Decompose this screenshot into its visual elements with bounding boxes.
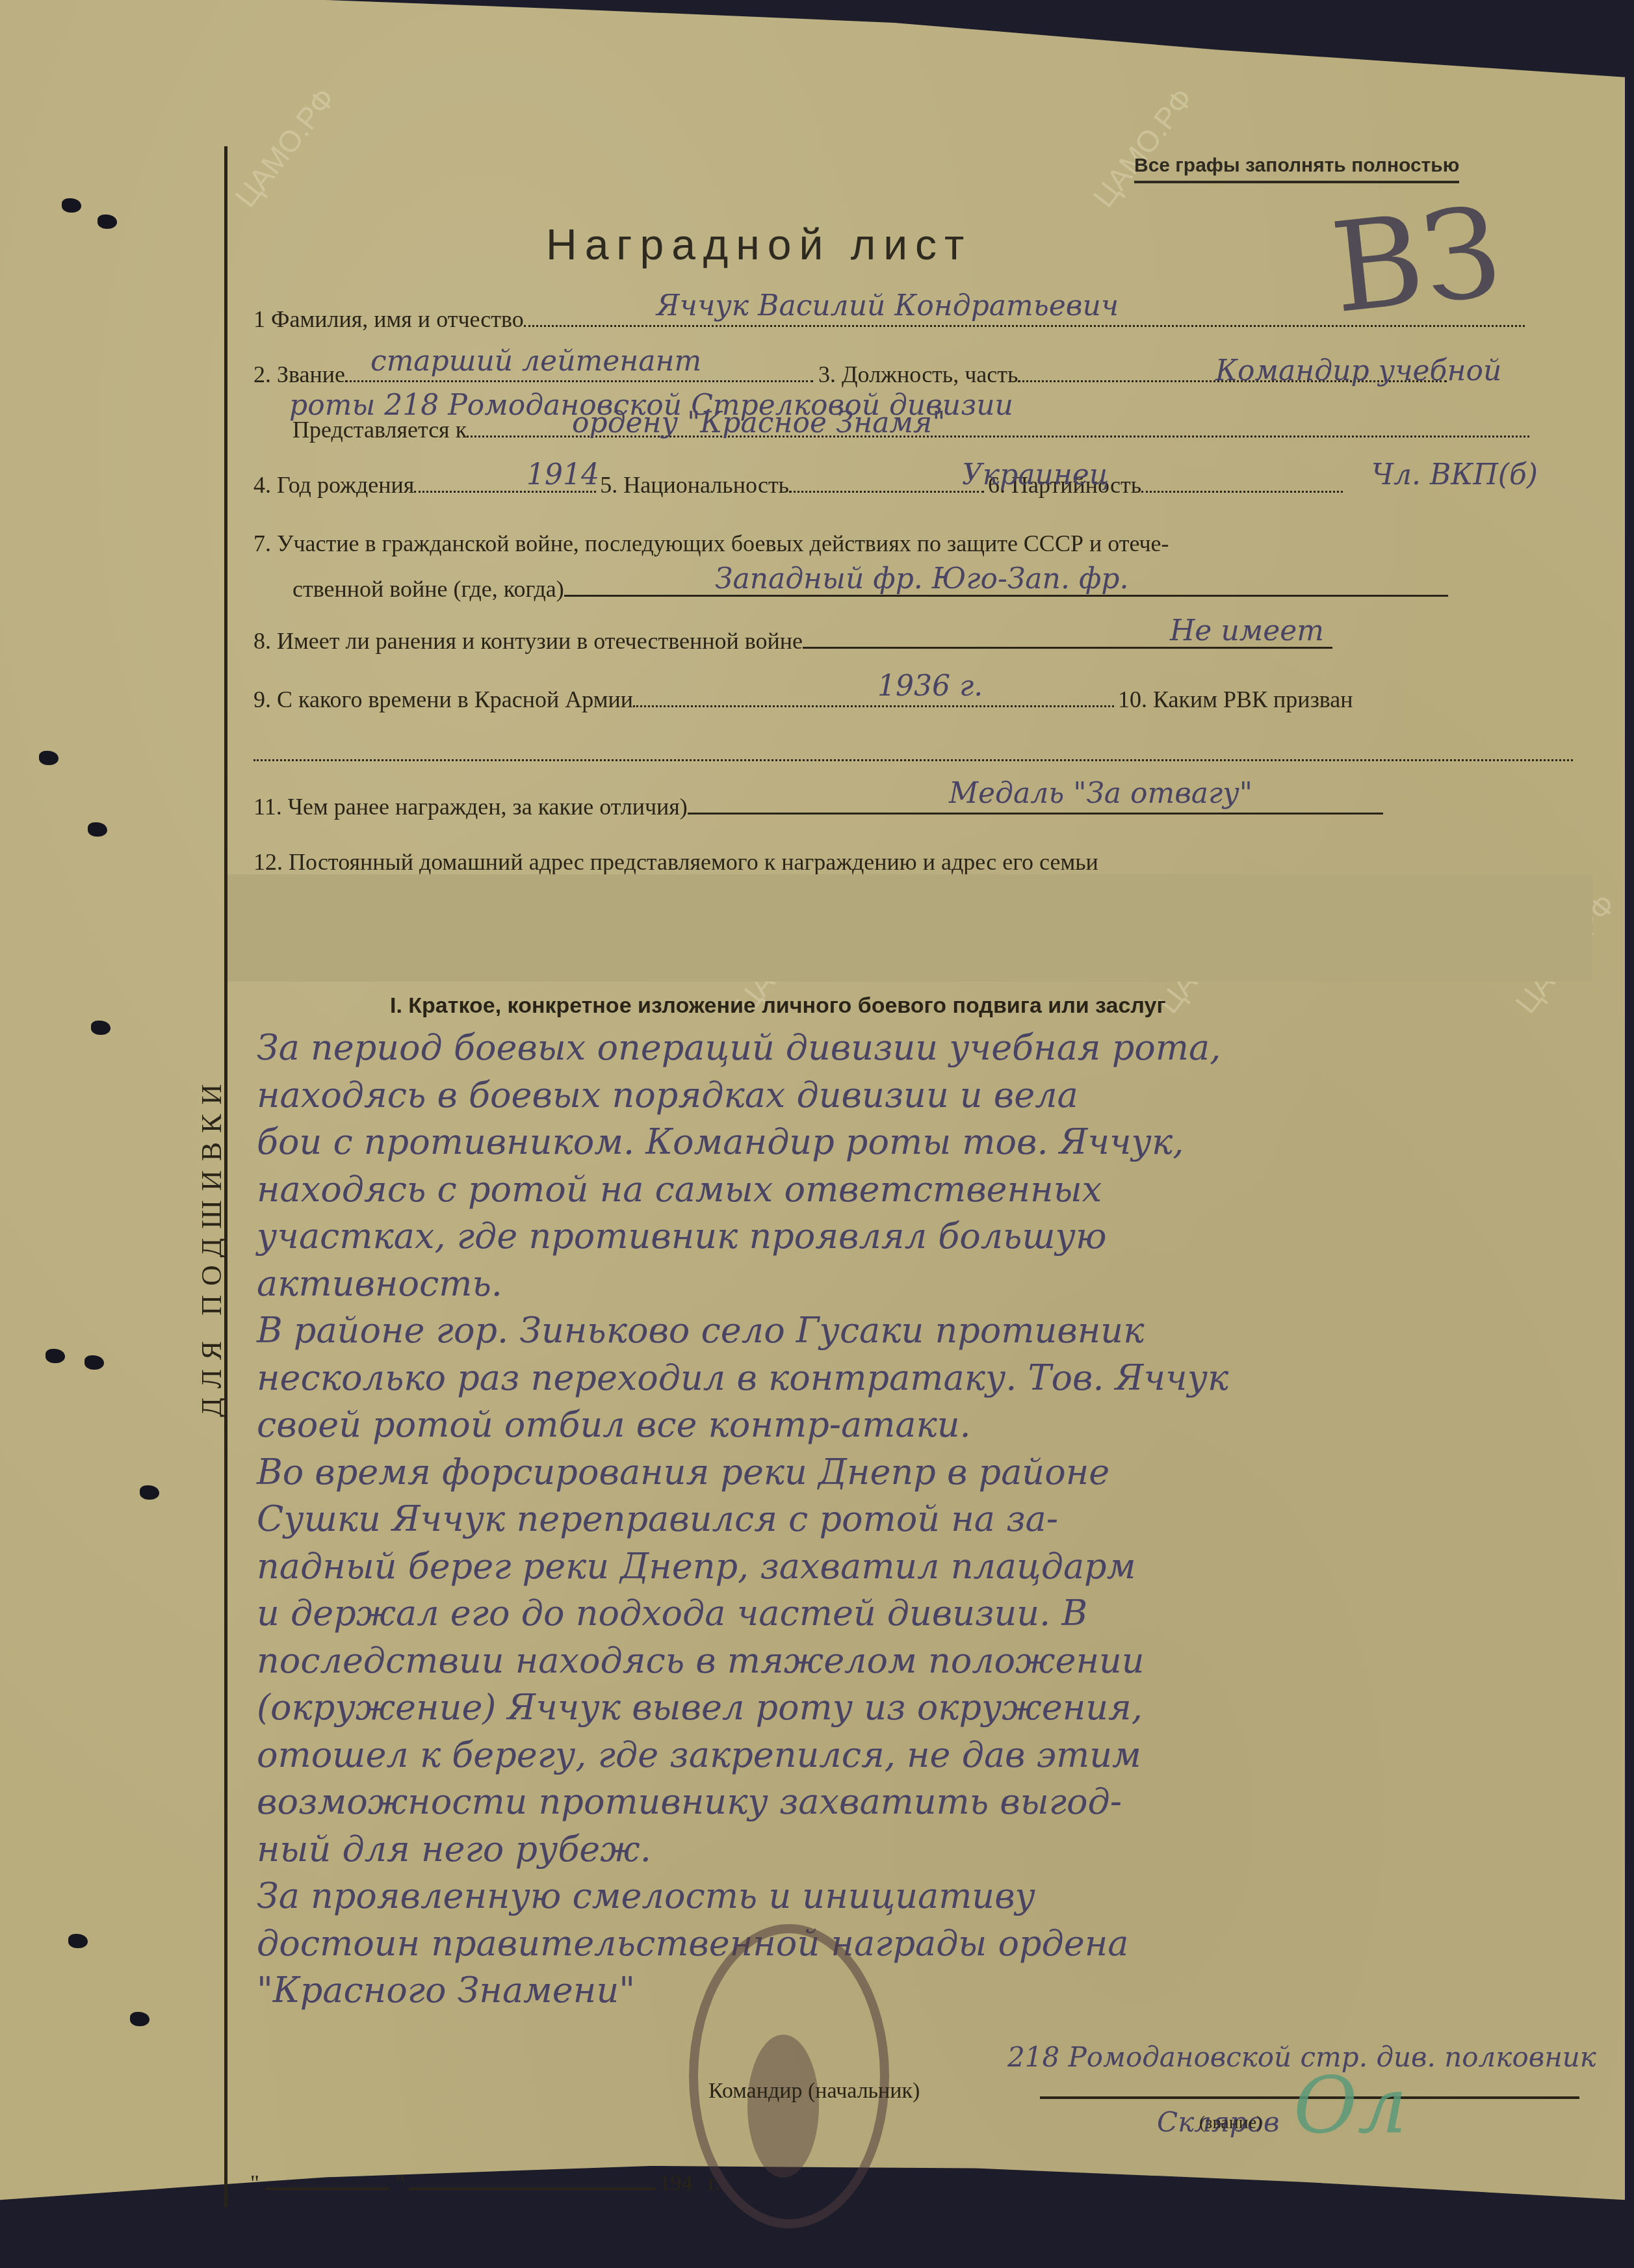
narrative-line: отошел к берегу, где закрепился, не дав … [257,1734,1141,1775]
signature: Ол [1293,2061,1407,2151]
field-value-award: ордену "Красное Знамя" [572,406,945,439]
field-rvk-line [253,759,1573,761]
field-value-birth-year: 1914 [526,458,599,491]
narrative-line: Сушки Яччук переправился с ротой на за- [257,1498,1058,1539]
field-value-position: Командир учебной [1215,354,1501,387]
document-title: Наградной лист [546,220,972,269]
field-label: 4. Год рождения [253,471,414,499]
narrative-line: (окружение) Яччук вывел роту из окружени… [257,1687,1143,1728]
date-field: " " 194 г. [250,2171,720,2196]
field-home-address: 12. Постоянный домашний адрес представля… [253,848,1098,876]
field-label: 1 Фамилия, имя и отчество [253,306,524,333]
narrative-line: находясь с ротой на самых ответственных [257,1169,1102,1210]
punch-hole [91,1021,110,1035]
field-value-party: Чл. ВКП(б) [1371,458,1538,491]
narrative-line: "Красного Знамени" [257,1970,635,2011]
narrative-line: активность. [257,1263,502,1304]
field-value-wounds: Не имеет [1170,614,1324,647]
field-army-since: 9. С какого времени в Красной Армии 10. … [253,686,1353,713]
punch-hole [45,1349,65,1363]
narrative-line: падный берег реки Днепр, захватил плацда… [257,1546,1135,1587]
narrative-line: бои с противником. Командир роты тов. Яч… [257,1121,1184,1162]
field-value-army-since: 1936 г. [877,670,983,703]
field-label: Представляется к [292,416,467,443]
official-seal-center [747,2035,819,2178]
field-label: 3. Должность, часть [818,361,1018,388]
field-label: 12. Постоянный домашний адрес представля… [253,848,1098,876]
punch-hole [62,198,81,213]
punch-hole [130,2012,149,2026]
field-label: 11. Чем ранее награжден, за какие отличи… [253,793,688,820]
narrative-line: и держал его до подхода частей дивизии. … [257,1593,1087,1634]
commander-label: Командир (начальник) [708,2079,920,2104]
narrative-line: Во время форсирования реки Днепр в район… [257,1452,1109,1492]
punch-hole [84,1355,104,1370]
narrative-line: находясь в боевых порядках дивизии и вел… [257,1075,1078,1115]
field-label: ственной войне (где, когда) [292,575,564,603]
narrative-line: За период боевых операций дивизии учебна… [257,1027,1221,1068]
field-label: 8. Имеет ли ранения и контузии в отечест… [253,627,803,655]
punch-hole [97,215,117,229]
field-label: 2. Звание [253,361,345,388]
section-heading: I. Краткое, конкретное изложение личного… [390,993,1166,1019]
narrative-line: За проявленную смелость и инициативу [257,1875,1035,1916]
narrative-line: своей ротой отбил все контр-атаки. [257,1404,971,1445]
punch-hole [140,1485,159,1500]
field-value-nationality: Украинец [962,458,1109,491]
field-label: 9. С какого времени в Красной Армии [253,686,633,713]
punch-hole [68,1934,88,1948]
narrative-line: участках, где противник проявлял большую [257,1216,1106,1257]
narrative-line: В районе гор. Зиньково село Гусаки проти… [257,1310,1144,1351]
field-label: 10. Каким РВК призван [1118,686,1353,713]
narrative-line: ный для него рубеж. [257,1829,651,1870]
field-label: 7. Участие в гражданской войне, последую… [253,530,1169,557]
narrative-line: возможности противнику захватить выгод- [257,1781,1122,1822]
header-instruction: Все графы заполнять полностью [1134,155,1459,183]
field-value-rank: старший лейтенант [370,345,701,378]
field-value-war-participation: Западный фр. Юго-Зап. фр. [715,562,1128,595]
punch-hole [88,822,107,837]
narrative-line: достоин правительственной награды ордена [257,1923,1129,1964]
narrative-line: несколько раз переходил в контратаку. То… [257,1357,1228,1398]
field-label: 5. Национальность [600,471,789,499]
rank-label: (звание) [1199,2113,1262,2133]
date-year: 194 [660,2171,693,2196]
date-suffix: г. [708,2171,721,2196]
field-value-previous-awards: Медаль "За отвагу" [949,777,1252,810]
redacted-address-area [227,874,1592,982]
field-birth-nationality-party: 4. Год рождения 5. Национальность 6. Пар… [253,471,1343,499]
narrative-line: последствии находясь в тяжелом положении [257,1640,1145,1681]
field-value-full-name: Яччук Василий Кондратьевич [656,289,1119,322]
binding-label: ДЛЯ ПОДШИВКИ [195,1075,228,1417]
field-war-participation: 7. Участие в гражданской войне, последую… [253,530,1169,557]
punch-hole [39,751,58,765]
